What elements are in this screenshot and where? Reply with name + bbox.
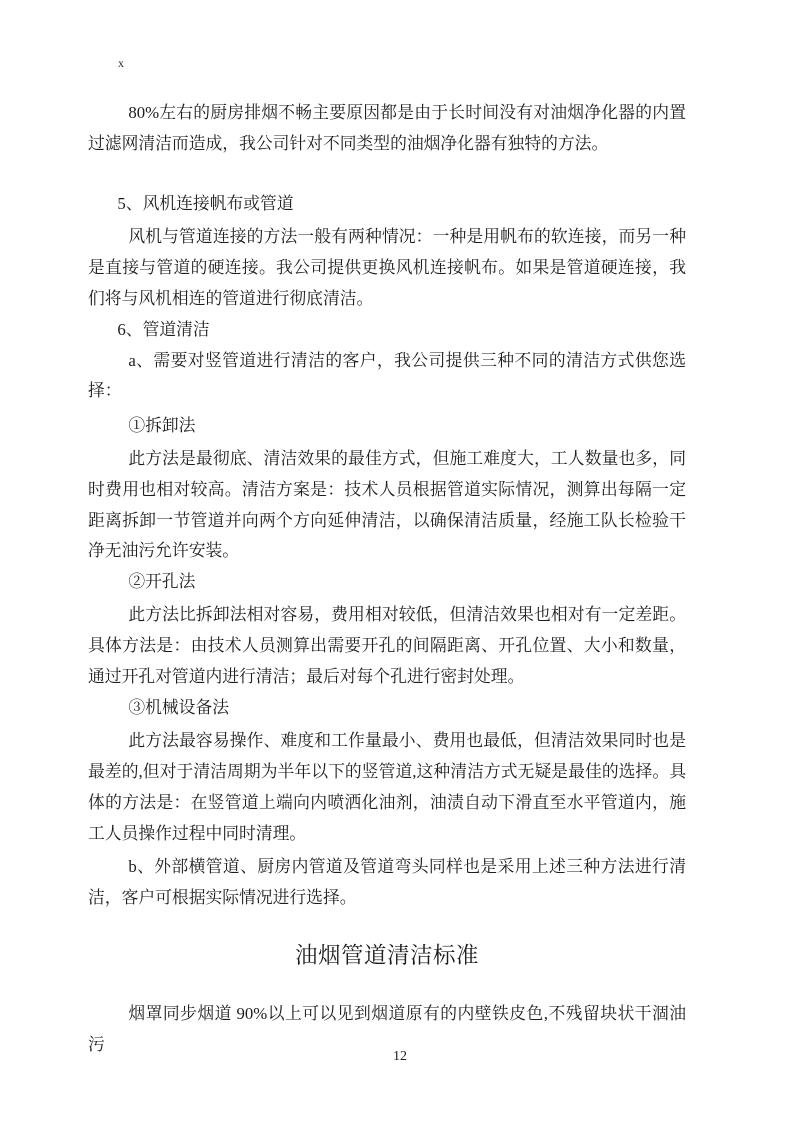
margin-mark: x bbox=[118, 54, 686, 72]
body-paragraph: a、需要对竖管道进行清洁的客户，我公司提供三种不同的清洁方式供您选择： bbox=[88, 346, 686, 408]
page-number: 12 bbox=[0, 1047, 800, 1067]
intro-paragraph: 80%左右的厨房排烟不畅主要原因都是由于长时间没有对油烟净化器的内置过滤网清洁而… bbox=[88, 98, 686, 160]
document-page: x 80%左右的厨房排烟不畅主要原因都是由于长时间没有对油烟净化器的内置过滤网清… bbox=[0, 0, 800, 1131]
method-2-label: ②开孔法 bbox=[88, 567, 686, 598]
body-paragraph: 此方法最容易操作、难度和工作量最小、费用也最低，但清洁效果同时也是最差的,但对于… bbox=[88, 726, 686, 849]
method-3-label: ③机械设备法 bbox=[88, 693, 686, 724]
section-heading-5: 5、风机连接帆布或管道 bbox=[88, 189, 686, 220]
section-heading-6: 6、管道清洁 bbox=[88, 315, 686, 346]
section-title: 油烟管道清洁标准 bbox=[88, 938, 686, 974]
body-paragraph: 风机与管道连接的方法一般有两种情况：一种是用帆布的软连接，而另一种是直接与管道的… bbox=[88, 222, 686, 314]
body-paragraph: 此方法比拆卸法相对容易，费用相对较低，但清洁效果也相对有一定差距。具体方法是：由… bbox=[88, 600, 686, 692]
body-paragraph: b、外部横管道、厨房内管道及管道弯头同样也是采用上述三种方法进行清洁，客户可根据… bbox=[88, 852, 686, 914]
body-paragraph: 此方法是最彻底、清洁效果的最佳方式，但施工难度大，工人数量也多，同时费用也相对较… bbox=[88, 444, 686, 567]
method-1-label: ①拆卸法 bbox=[88, 411, 686, 442]
